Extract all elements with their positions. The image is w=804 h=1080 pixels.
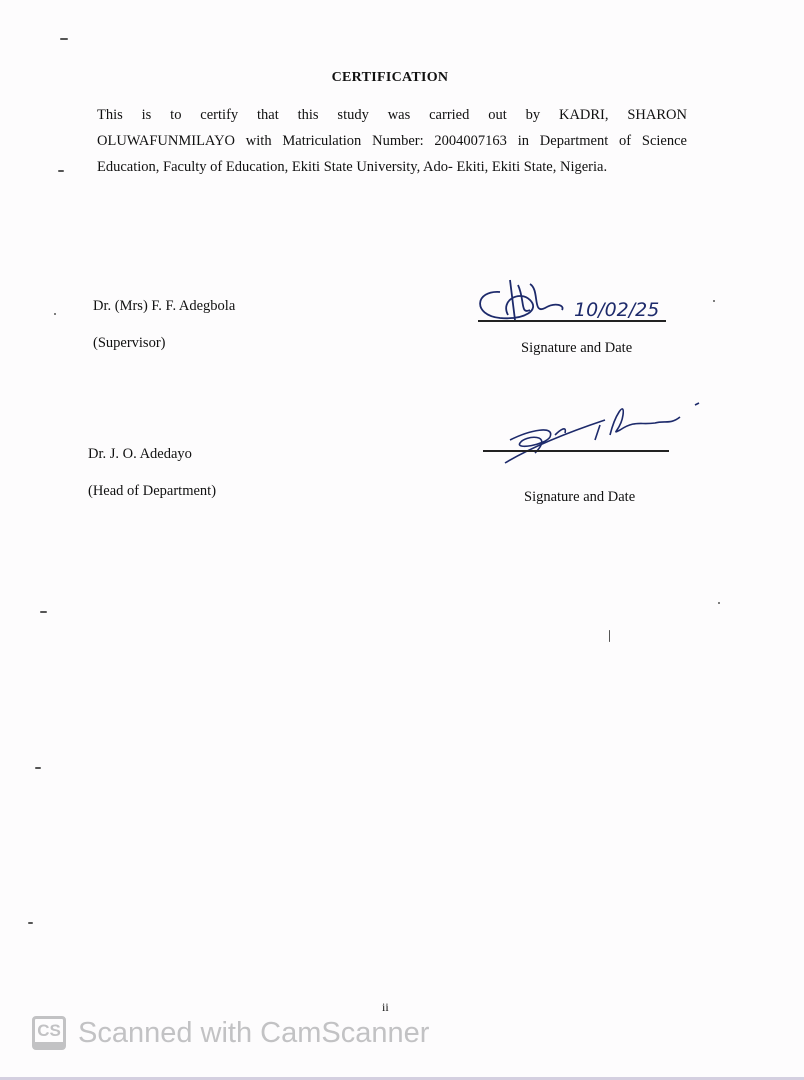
supervisor-signature-label: Signature and Date (521, 340, 632, 357)
scan-speck (609, 630, 610, 642)
paragraph-line: Education, Faculty of Education, Ekiti S… (97, 154, 687, 180)
hod-name: Dr. J. O. Adedayo (88, 446, 192, 463)
scan-speck (718, 602, 720, 604)
page-number: ii (382, 1000, 389, 1015)
supervisor-role: (Supervisor) (93, 335, 166, 352)
scan-speck (40, 611, 47, 613)
hod-signature-label: Signature and Date (524, 489, 635, 506)
document-title: CERTIFICATION (0, 70, 780, 86)
camscanner-logo-icon: CS (32, 1016, 66, 1050)
paragraph-line: OLUWAFUNMILAYO with Matriculation Number… (97, 128, 687, 154)
supervisor-name: Dr. (Mrs) F. F. Adegbola (93, 298, 235, 315)
scan-speck (28, 922, 33, 924)
supervisor-handwritten-date: 10/02/25 (574, 299, 659, 321)
scan-speck (35, 767, 41, 769)
signature-line (478, 320, 666, 322)
camscanner-watermark: CS Scanned with CamScanner (32, 1016, 429, 1050)
hod-role: (Head of Department) (88, 483, 216, 500)
scan-speck (54, 313, 56, 315)
hod-signature (495, 395, 725, 470)
watermark-text: Scanned with CamScanner (78, 1017, 429, 1050)
scan-speck (58, 170, 64, 172)
scan-speck (60, 38, 68, 40)
scan-speck (713, 300, 715, 302)
signature-line (483, 450, 669, 452)
paragraph-line: This is to certify that this study was c… (97, 102, 687, 128)
certification-paragraph: This is to certify that this study was c… (97, 102, 687, 180)
